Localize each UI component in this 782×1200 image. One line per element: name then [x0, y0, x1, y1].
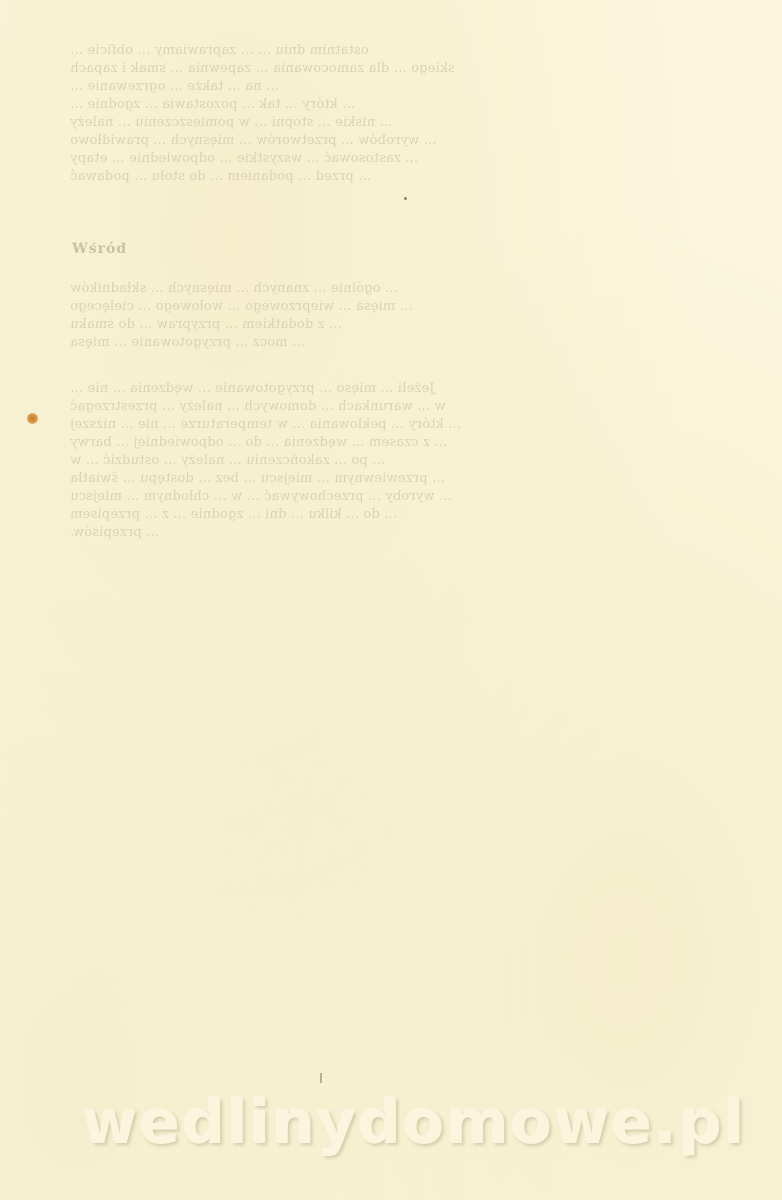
- bleed-through-paragraph-2: ... ogólnie ... znanych ... mięsnych ...…: [70, 280, 770, 352]
- text-line: ... przewiewnym ... miejscu ... bez ... …: [70, 470, 770, 488]
- bleed-through-paragraph-3: Jeżeli ... mięso ... przygotowanie ... w…: [70, 380, 770, 542]
- text-line: ... przepisów.: [70, 524, 770, 542]
- text-line: ... z dodatkiem ... przypraw ... do smak…: [70, 316, 770, 334]
- text-line: ... który ... tak ... pozostawia ... zgo…: [70, 96, 770, 114]
- text-line: ... wyrobów ... przetworów ... mięsnych …: [70, 132, 770, 150]
- text-line: ... który ... peklowania ... w temperatu…: [70, 416, 770, 434]
- section-heading: Wśród: [72, 241, 127, 257]
- watermark: wedlinydomowe.pl: [82, 1088, 722, 1158]
- text-line: ... na ... także ... ogrzewanie ...: [70, 78, 770, 96]
- text-line: ... niskie ... stopni ... w pomieszczeni…: [70, 114, 770, 132]
- bleed-through-paragraph-1: ostatnim dniu ... ... zaprawiamy ... obf…: [70, 42, 770, 186]
- text-line: ... do ... kilku ... dni ... zgodnie ...…: [70, 506, 770, 524]
- text-line: ... ogólnie ... znanych ... mięsnych ...…: [70, 280, 770, 298]
- scanned-page: ostatnim dniu ... ... zaprawiamy ... obf…: [0, 0, 782, 1200]
- text-line: skiego ... dla zamocowania ... zapewnia …: [70, 60, 770, 78]
- text-line: ... po ... zakończeniu ... należy ... os…: [70, 452, 770, 470]
- text-line: ... mięsa ... wieprzowego ... wołowego .…: [70, 298, 770, 316]
- text-line: w ... warunkach ... domowych ... należy …: [70, 398, 770, 416]
- speck: [404, 197, 407, 200]
- ink-stain: [27, 413, 38, 424]
- text-line: ... zastosować ... wszystkie ... odpowie…: [70, 150, 770, 168]
- text-line: ... wyroby ... przechowywać ... w ... ch…: [70, 488, 770, 506]
- text-line: ostatnim dniu ... ... zaprawiamy ... obf…: [70, 42, 770, 60]
- text-line: Jeżeli ... mięso ... przygotowanie ... w…: [70, 380, 770, 398]
- speck: [320, 1073, 322, 1083]
- text-line: ... mocz ... przygotowanie ... mięsa: [70, 334, 770, 352]
- text-line: ... z czasem ... wędzenia ... do ... odp…: [70, 434, 770, 452]
- text-line: ... przed ... podaniem ... do stołu ... …: [70, 168, 770, 186]
